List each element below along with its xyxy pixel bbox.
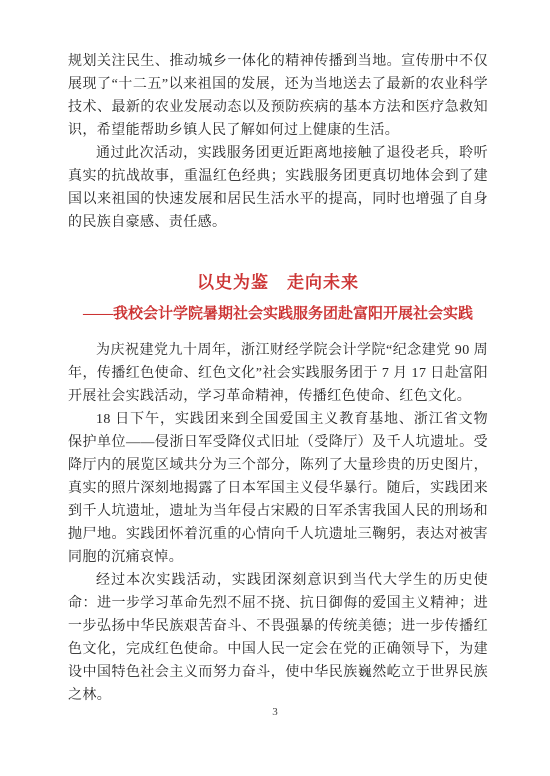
document-page: 规划关注民生、推动城乡一体化的精神传播到当地。宣传册中不仅展现了“十二五”以来祖… [0,0,550,776]
body-paragraph-summary: 通过此次活动，实践服务团更近距离地接触了退役老兵，聆听真实的抗战故事，重温红色经… [68,142,488,234]
body-paragraph-visit: 18 日下午，实践团来到全国爱国主义教育基地、浙江省文物保护单位——侵浙日军受降… [68,408,488,569]
page-number: 3 [0,706,550,718]
body-paragraph-continuation: 规划关注民生、推动城乡一体化的精神传播到当地。宣传册中不仅展现了“十二五”以来祖… [68,50,488,142]
body-paragraph-intro: 为庆祝建党九十周年，浙江财经学院会计学院“纪念建党 90 周年，传播红色使命、红… [68,339,488,408]
body-paragraph-conclusion: 经过本次实践活动，实践团深刻意识到当代大学生的历史使命：进一步学习革命先烈不屈不… [68,569,488,707]
article-subtitle: ——我校会计学院暑期社会实践服务团赴富阳开展社会实践 [68,302,488,326]
article-title: 以史为鉴 走向未来 [68,270,488,296]
